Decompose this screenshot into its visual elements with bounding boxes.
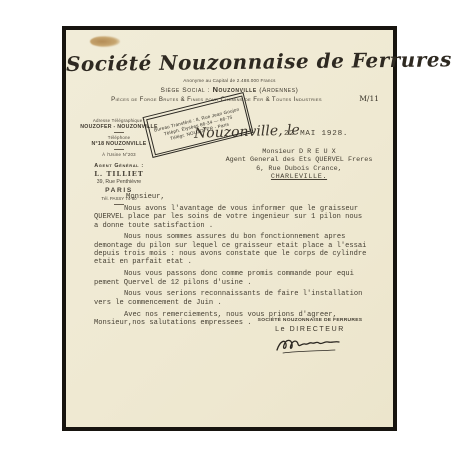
letterhead-capital-line: Anonyme au Capital de 2.488.000 Francs <box>66 78 393 83</box>
recipient-role: Agent General des Ets QUERVEL Freres <box>214 156 384 164</box>
signature-title-line: Le DIRECTEUR <box>242 326 378 333</box>
divider <box>114 132 124 133</box>
stamp-inner-border: Bureau Transféré : 8, Rue Jean Goujon Té… <box>145 95 250 155</box>
agent-name: L. TILLIET <box>74 170 164 178</box>
paragraph-2: Nous nous sommes assures du bon fonction… <box>94 233 378 266</box>
signature-block: SOCIÉTÉ NOUZONNAISE DE FERRURES Le DIREC… <box>242 318 378 361</box>
recipient-name: Monsieur D R E U X <box>214 148 384 156</box>
paragraph-3: Nous vous passons donc comme promis comm… <box>94 270 378 287</box>
paragraph-4: Nous vous serions reconnaissants de fair… <box>94 290 378 307</box>
letter-body: Nous avons l'avantage de vous informer q… <box>94 205 378 331</box>
salutation: Monsieur, <box>126 193 165 201</box>
letterhead-company-name: Société Nouzonnaise de Ferrures <box>66 48 393 76</box>
divider <box>114 149 124 150</box>
handwritten-signature <box>242 334 378 361</box>
scanned-letter-photo: Société Nouzonnaise de Ferrures Anonyme … <box>62 26 397 431</box>
ink-stain <box>90 36 120 47</box>
reference-code: M/11 <box>359 94 379 103</box>
siege-label: Siège Social : <box>161 87 211 94</box>
recipient-block: Monsieur D R E U X Agent General des Ets… <box>214 148 384 182</box>
signature-squiggle <box>273 334 347 356</box>
recipient-street: 6, Rue Dubois Crance, <box>214 165 384 173</box>
siege-value: Nouzonville <box>213 85 257 94</box>
agent-general-label: Agent Général : <box>74 163 164 170</box>
recipient-city: CHARLEVILLE. <box>214 173 384 181</box>
letterhead-siege-line: Siège Social : Nouzonville (Ardennes) <box>66 85 393 94</box>
signature-company-line: SOCIÉTÉ NOUZONNAISE DE FERRURES <box>242 318 378 323</box>
siege-suffix: (Ardennes) <box>259 87 298 94</box>
letter-paper: Société Nouzonnaise de Ferrures Anonyme … <box>66 30 393 427</box>
paragraph-1: Nous avons l'avantage de vous informer q… <box>94 205 378 230</box>
agent-street: 39, Rue Penthièvre <box>74 179 164 186</box>
